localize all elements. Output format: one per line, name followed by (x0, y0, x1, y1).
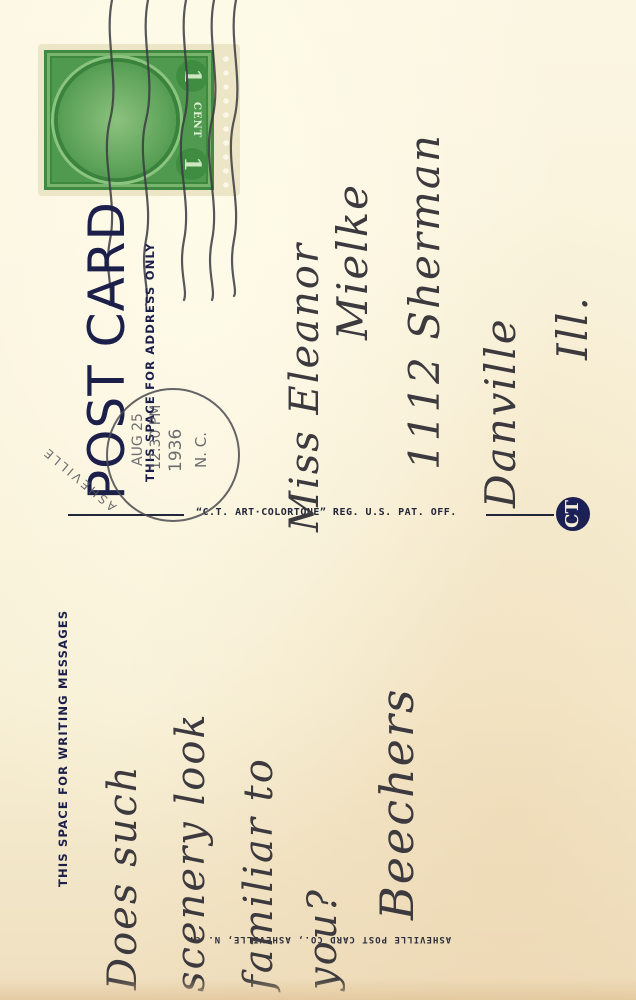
postcard-back: 1 1 CENT POST CARD THIS SPACE FOR ADDRES… (0, 0, 636, 1000)
message-signature: Beechers (370, 688, 424, 920)
stamp-perforation (219, 52, 233, 188)
message-line-3: familiar to (236, 757, 282, 990)
address-line-1: Miss Eleanor (282, 242, 328, 532)
postage-stamp: 1 1 CENT (38, 44, 240, 196)
publisher-logo: CT (556, 497, 590, 531)
postmark-year: 1936 (166, 429, 186, 472)
message-line-2: scenery look (168, 712, 214, 992)
postmark: AUG 25 12:30 PM 1936 N. C. ASHEVILLE (106, 388, 240, 522)
address-line-4: Danville (476, 317, 525, 508)
stamp-denomination-bottom: 1 (176, 148, 208, 180)
postmark-date: AUG 25 (130, 413, 146, 466)
divider-line-right (486, 514, 554, 516)
address-line-2: Mielke (328, 183, 377, 340)
stamp-unit: CENT (182, 100, 202, 140)
message-line-1: Does such (100, 764, 146, 990)
address-line-5: Ill. (548, 295, 597, 360)
franklin-portrait-icon (58, 62, 176, 178)
stamp-frame: 1 1 CENT (44, 50, 214, 190)
postmark-time: 12:30 PM (148, 405, 164, 470)
message-line-4: you? (300, 888, 346, 990)
message-space-note: THIS SPACE FOR WRITING MESSAGES (56, 610, 70, 887)
stamp-denomination-top: 1 (176, 60, 208, 92)
postmark-state: N. C. (192, 432, 210, 468)
logo-mark: CT (562, 497, 584, 531)
address-line-3: 1112 Sherman (400, 133, 449, 470)
